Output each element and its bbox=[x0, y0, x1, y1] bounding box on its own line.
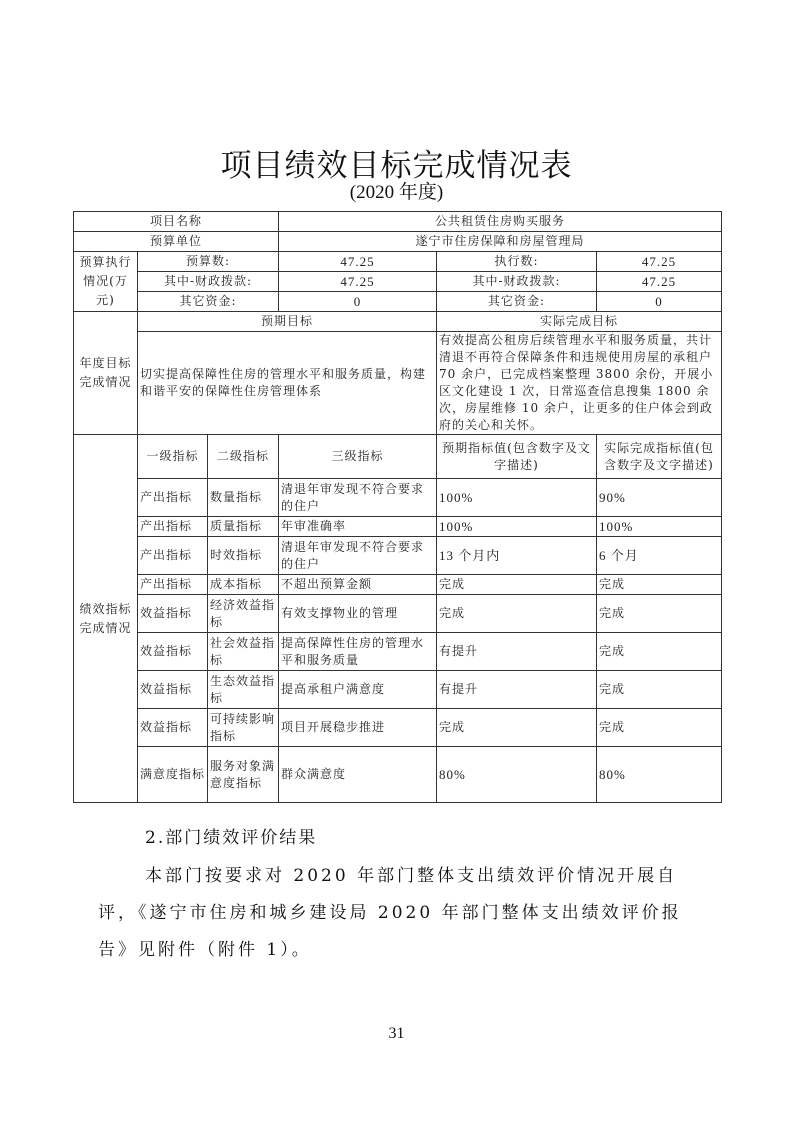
budget-unit-label: 预算单位 bbox=[74, 232, 279, 252]
fiscal-label-exec: 其中-财政拨款: bbox=[437, 272, 597, 292]
table-row: 预算执行情况(万元) 预算数: 47.25 执行数: 47.25 bbox=[74, 252, 722, 272]
cell-level3: 不超出预算金额 bbox=[279, 575, 437, 595]
exec-label: 执行数: bbox=[437, 252, 597, 272]
cell-level3: 清退年审发现不符合要求的住户 bbox=[279, 537, 437, 575]
table-row: 效益指标 社会效益指标 提高保障性住房的管理水平和服务质量 有提升 完成 bbox=[74, 633, 722, 671]
cell-level3: 年审准确率 bbox=[279, 517, 437, 537]
cell-actual: 完成 bbox=[597, 709, 722, 747]
cell-level1: 产出指标 bbox=[138, 517, 208, 537]
header-level2: 二级指标 bbox=[208, 435, 279, 479]
cell-actual: 完成 bbox=[597, 595, 722, 633]
cell-level1: 产出指标 bbox=[138, 537, 208, 575]
cell-actual: 完成 bbox=[597, 575, 722, 595]
cell-level1: 效益指标 bbox=[138, 709, 208, 747]
cell-actual: 6 个月 bbox=[597, 537, 722, 575]
cell-level3: 提高承租户满意度 bbox=[279, 671, 437, 709]
fiscal-label: 其中-财政拨款: bbox=[138, 272, 279, 292]
cell-level1: 产出指标 bbox=[138, 479, 208, 517]
cell-actual: 90% bbox=[597, 479, 722, 517]
expected-goal-text: 切实提高保障性住房的管理水平和服务质量，构建和谐平安的保障性住房管理体系 bbox=[138, 332, 437, 435]
section-heading: 2.部门绩效评价结果 bbox=[145, 823, 745, 848]
cell-level1: 产出指标 bbox=[138, 575, 208, 595]
cell-expected: 13 个月内 bbox=[437, 537, 597, 575]
section-paragraph: 本部门按要求对 2020 年部门整体支出绩效评价情况开展自评，《遂宁市住房和城乡… bbox=[98, 858, 698, 969]
annual-goal-section-label: 年度目标完成情况 bbox=[74, 312, 138, 435]
header-level3: 三级指标 bbox=[279, 435, 437, 479]
other-funds-value-exec: 0 bbox=[597, 292, 722, 312]
cell-expected: 完成 bbox=[437, 575, 597, 595]
table-row: 效益指标 经济效益指标 有效支撑物业的管理 完成 完成 bbox=[74, 595, 722, 633]
cell-actual: 100% bbox=[597, 517, 722, 537]
table-row: 切实提高保障性住房的管理水平和服务质量，构建和谐平安的保障性住房管理体系 有效提… bbox=[74, 332, 722, 435]
table-row: 效益指标 可持续影响指标 项目开展稳步推进 完成 完成 bbox=[74, 709, 722, 747]
cell-level2: 成本指标 bbox=[208, 575, 279, 595]
fiscal-value-exec: 47.25 bbox=[597, 272, 722, 292]
budget-label: 预算数: bbox=[138, 252, 279, 272]
cell-expected: 有提升 bbox=[437, 671, 597, 709]
cell-level3: 项目开展稳步推进 bbox=[279, 709, 437, 747]
cell-expected: 100% bbox=[437, 479, 597, 517]
cell-expected: 完成 bbox=[437, 709, 597, 747]
project-name-value: 公共租赁住房购买服务 bbox=[279, 212, 722, 232]
table-row: 预算单位 遂宁市住房保障和房屋管理局 bbox=[74, 232, 722, 252]
cell-level2: 服务对象满意度指标 bbox=[208, 747, 279, 803]
budget-unit-value: 遂宁市住房保障和房屋管理局 bbox=[279, 232, 722, 252]
cell-level2: 质量指标 bbox=[208, 517, 279, 537]
cell-level2: 可持续影响指标 bbox=[208, 709, 279, 747]
cell-level3: 有效支撑物业的管理 bbox=[279, 595, 437, 633]
header-expected-value: 预期指标值(包含数字及文字描述) bbox=[437, 435, 597, 479]
indicators-section-label: 绩效指标完成情况 bbox=[74, 435, 138, 803]
cell-actual: 完成 bbox=[597, 671, 722, 709]
table-row: 效益指标 生态效益指标 提高承租户满意度 有提升 完成 bbox=[74, 671, 722, 709]
project-name-label: 项目名称 bbox=[74, 212, 279, 232]
page-subtitle: (2020 年度) bbox=[0, 177, 793, 204]
cell-level2: 生态效益指标 bbox=[208, 671, 279, 709]
exec-value: 47.25 bbox=[597, 252, 722, 272]
actual-goal-header: 实际完成目标 bbox=[437, 312, 722, 332]
table-row: 其它资金: 0 其它资金: 0 bbox=[74, 292, 722, 312]
page-number: 31 bbox=[0, 1025, 793, 1043]
header-actual-value: 实际完成指标值(包含数字及文字描述) bbox=[597, 435, 722, 479]
cell-level1: 效益指标 bbox=[138, 671, 208, 709]
table-row: 年度目标完成情况 预期目标 实际完成目标 bbox=[74, 312, 722, 332]
table-row: 产出指标 时效指标 清退年审发现不符合要求的住户 13 个月内 6 个月 bbox=[74, 537, 722, 575]
fiscal-value: 47.25 bbox=[279, 272, 437, 292]
cell-expected: 有提升 bbox=[437, 633, 597, 671]
other-funds-value: 0 bbox=[279, 292, 437, 312]
table-row: 产出指标 数量指标 清退年审发现不符合要求的住户 100% 90% bbox=[74, 479, 722, 517]
cell-expected: 完成 bbox=[437, 595, 597, 633]
cell-actual: 80% bbox=[597, 747, 722, 803]
cell-level1: 满意度指标 bbox=[138, 747, 208, 803]
table-row: 项目名称 公共租赁住房购买服务 bbox=[74, 212, 722, 232]
table-row: 满意度指标 服务对象满意度指标 群众满意度 80% 80% bbox=[74, 747, 722, 803]
cell-level1: 效益指标 bbox=[138, 595, 208, 633]
cell-level3: 清退年审发现不符合要求的住户 bbox=[279, 479, 437, 517]
cell-expected: 80% bbox=[437, 747, 597, 803]
other-funds-label: 其它资金: bbox=[138, 292, 279, 312]
cell-level2: 数量指标 bbox=[208, 479, 279, 517]
budget-exec-section-label: 预算执行情况(万元) bbox=[74, 252, 138, 312]
performance-table: 项目名称 公共租赁住房购买服务 预算单位 遂宁市住房保障和房屋管理局 预算执行情… bbox=[73, 211, 722, 803]
cell-level3: 提高保障性住房的管理水平和服务质量 bbox=[279, 633, 437, 671]
cell-level2: 时效指标 bbox=[208, 537, 279, 575]
budget-value: 47.25 bbox=[279, 252, 437, 272]
expected-goal-header: 预期目标 bbox=[138, 312, 437, 332]
cell-level1: 效益指标 bbox=[138, 633, 208, 671]
cell-level2: 社会效益指标 bbox=[208, 633, 279, 671]
cell-level3: 群众满意度 bbox=[279, 747, 437, 803]
actual-goal-text: 有效提高公租房后续管理水平和服务质量，共计清退不再符合保障条件和违规使用房屋的承… bbox=[437, 332, 722, 435]
header-level1: 一级指标 bbox=[138, 435, 208, 479]
table-row: 产出指标 成本指标 不超出预算金额 完成 完成 bbox=[74, 575, 722, 595]
table-row: 产出指标 质量指标 年审准确率 100% 100% bbox=[74, 517, 722, 537]
table-row: 其中-财政拨款: 47.25 其中-财政拨款: 47.25 bbox=[74, 272, 722, 292]
cell-expected: 100% bbox=[437, 517, 597, 537]
other-funds-label-exec: 其它资金: bbox=[437, 292, 597, 312]
cell-level2: 经济效益指标 bbox=[208, 595, 279, 633]
cell-actual: 完成 bbox=[597, 633, 722, 671]
table-row: 绩效指标完成情况 一级指标 二级指标 三级指标 预期指标值(包含数字及文字描述)… bbox=[74, 435, 722, 479]
